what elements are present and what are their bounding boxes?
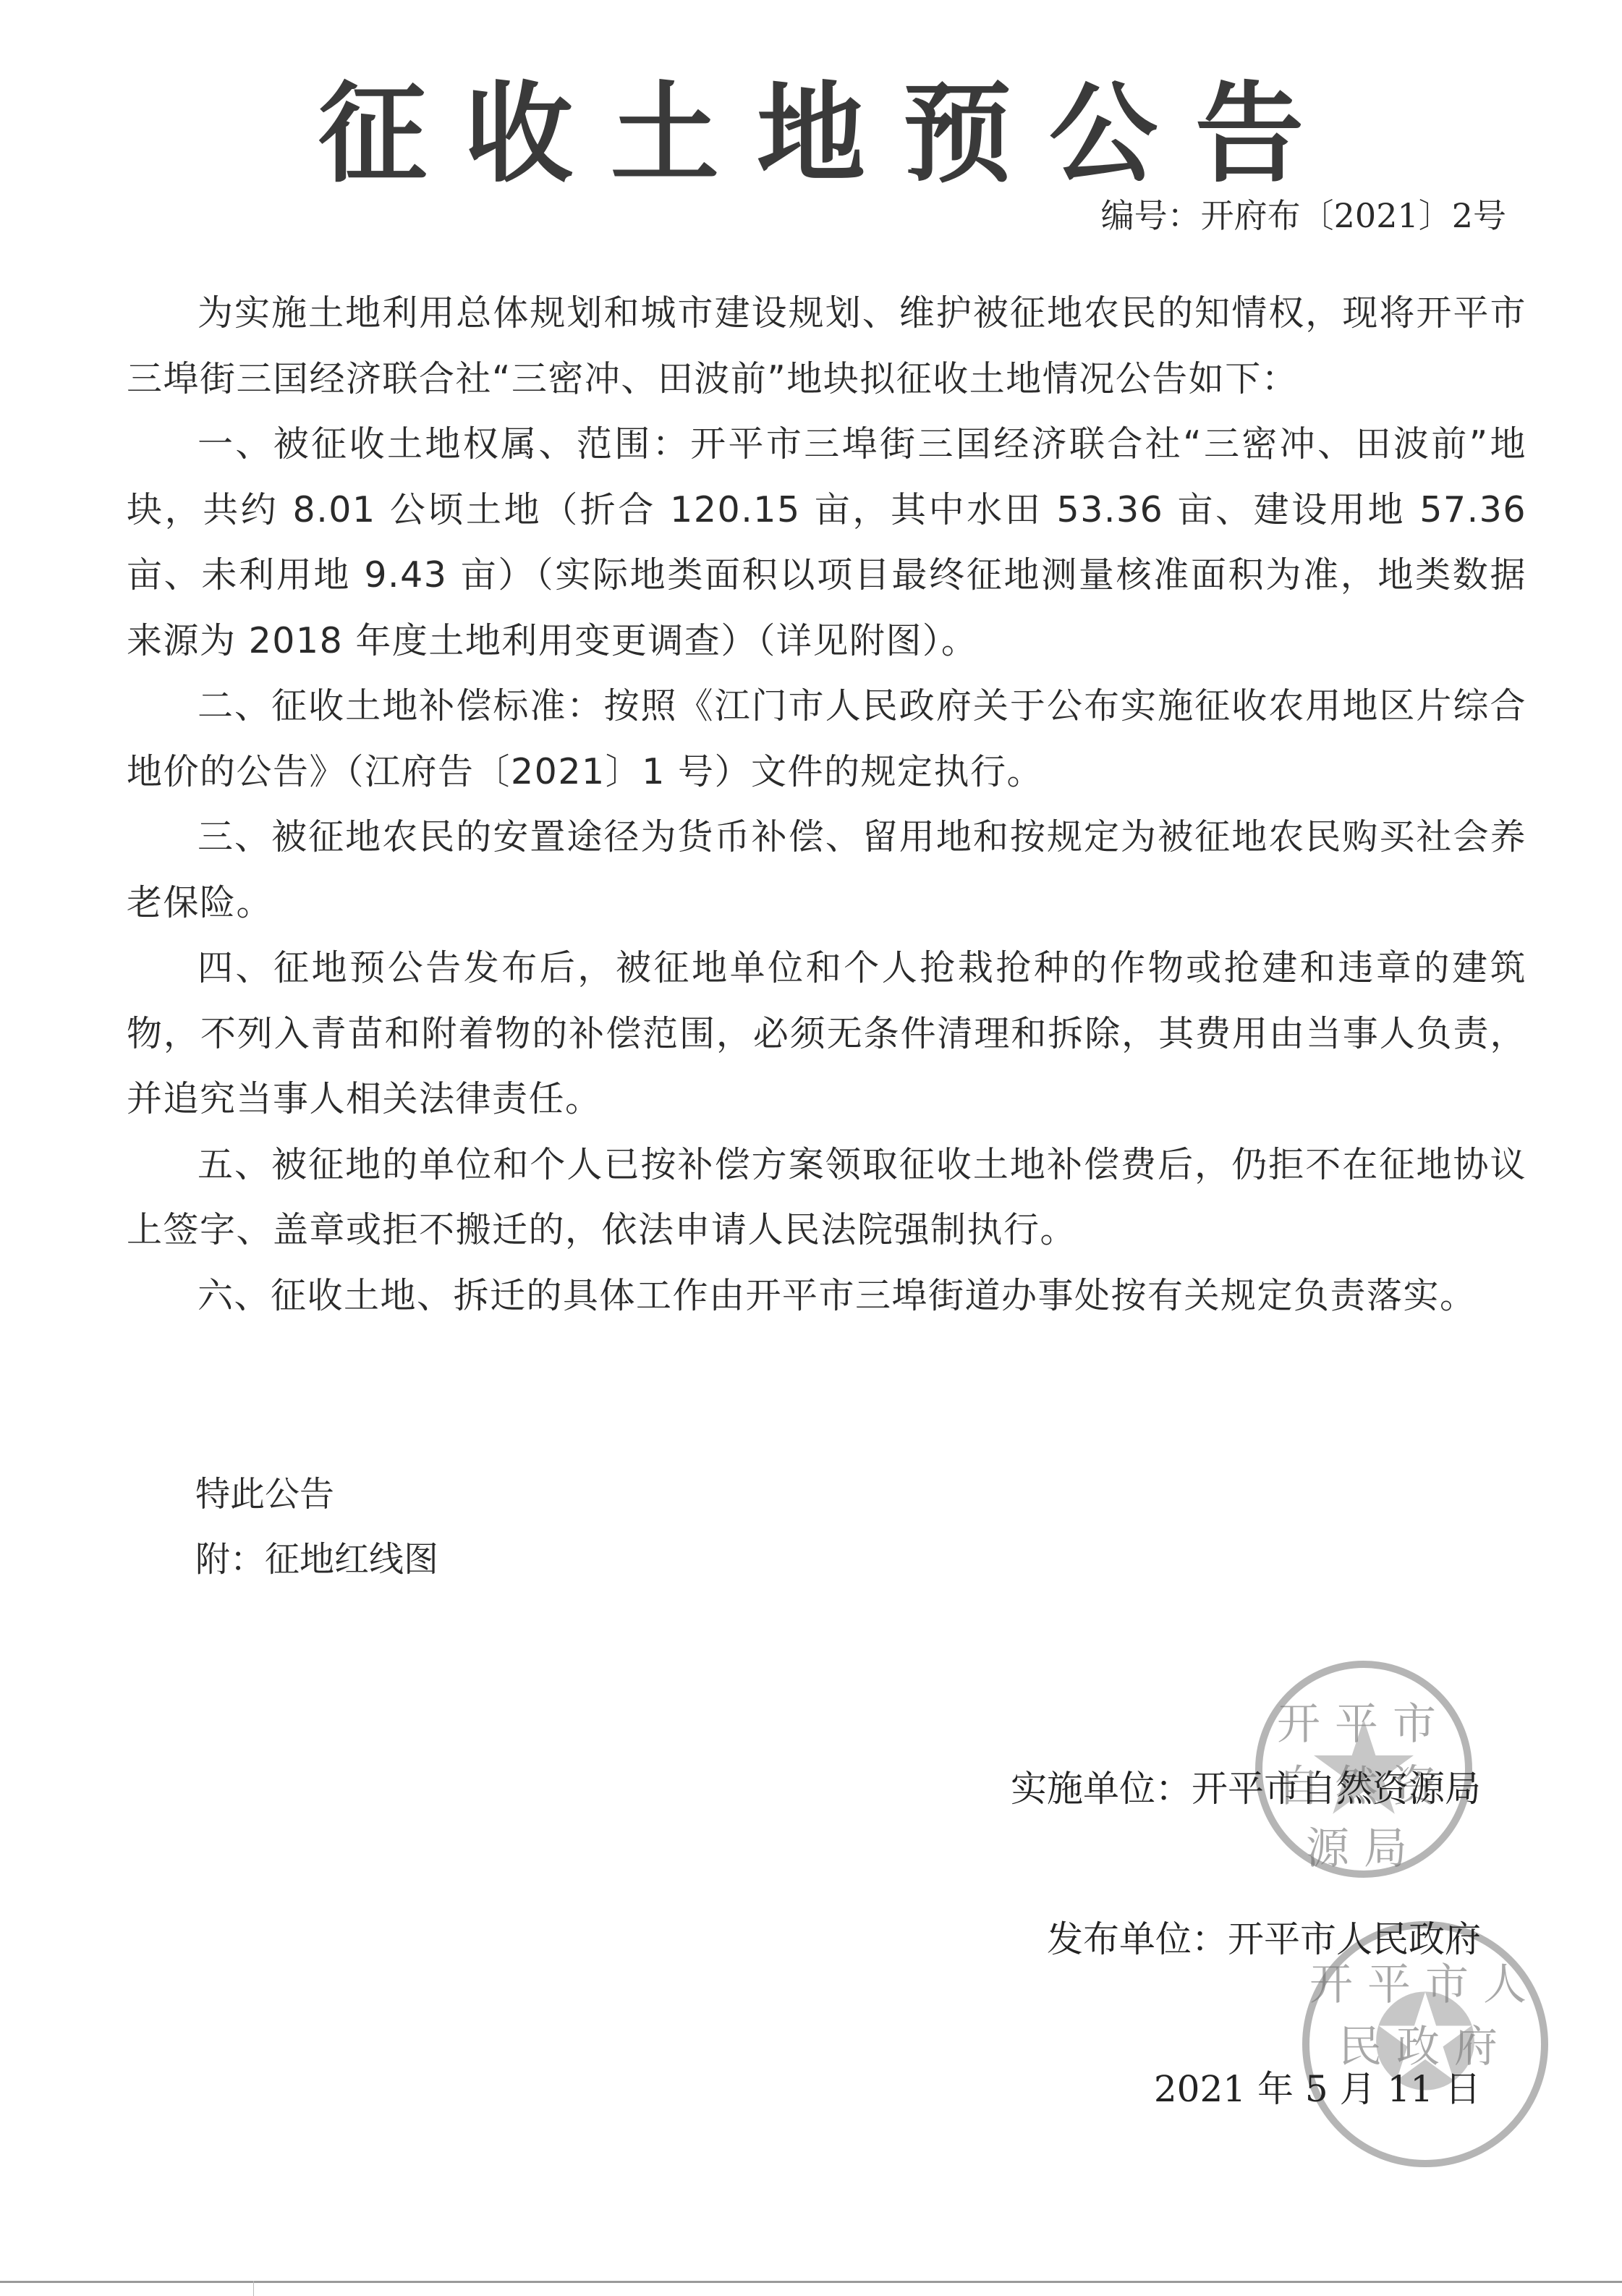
- page-edge-mark: [253, 2281, 254, 2296]
- intro-paragraph: 为实施土地利用总体规划和城市建设规划、维护被征地农民的知情权，现将开平市三埠街三…: [127, 281, 1527, 412]
- attachment-note: 附：征地红线图: [195, 1538, 438, 1581]
- clause-5-enforcement: 五、被征地的单位和个人已按补偿方案领取征收土地补偿费后，仍拒不在征地协议上签字、…: [127, 1132, 1527, 1263]
- clause-6-implementation: 六、征收土地、拆迁的具体工作由开平市三埠街道办事处按有关规定负责落实。: [127, 1263, 1527, 1329]
- document-number: 编号：开府布〔2021〕2号: [1101, 194, 1506, 237]
- clause-3-resettlement: 三、被征地农民的安置途径为货币补偿、留用地和按规定为被征地农民购买社会养老保险。: [127, 805, 1527, 936]
- clause-1-scope: 一、被征收土地权属、范围：开平市三埠街三囯经济联合社“三密冲、田波前”地块，共约…: [127, 412, 1527, 674]
- closing-statement: 特此公告: [195, 1473, 334, 1516]
- clause-4-restrictions: 四、征地预公告发布后，被征地单位和个人抢栽抢种的作物或抢建和违章的建筑物，不列入…: [127, 936, 1527, 1132]
- implementing-unit: 实施单位：开平市自然资源局: [1011, 1766, 1481, 1812]
- issuing-unit: 发布单位：开平市人民政府: [1047, 1916, 1481, 1962]
- document-body: 为实施土地利用总体规划和城市建设规划、维护被征地农民的知情权，现将开平市三埠街三…: [127, 281, 1527, 1329]
- page-bottom-rule: [0, 2281, 1622, 2283]
- document-title: 征收土地预公告: [0, 69, 1622, 199]
- clause-2-compensation: 二、征收土地补偿标准：按照《江门市人民政府关于公布实施征收农用地区片综合地价的公…: [127, 674, 1527, 805]
- issue-date: 2021 年 5 月 11 日: [1154, 2066, 1481, 2112]
